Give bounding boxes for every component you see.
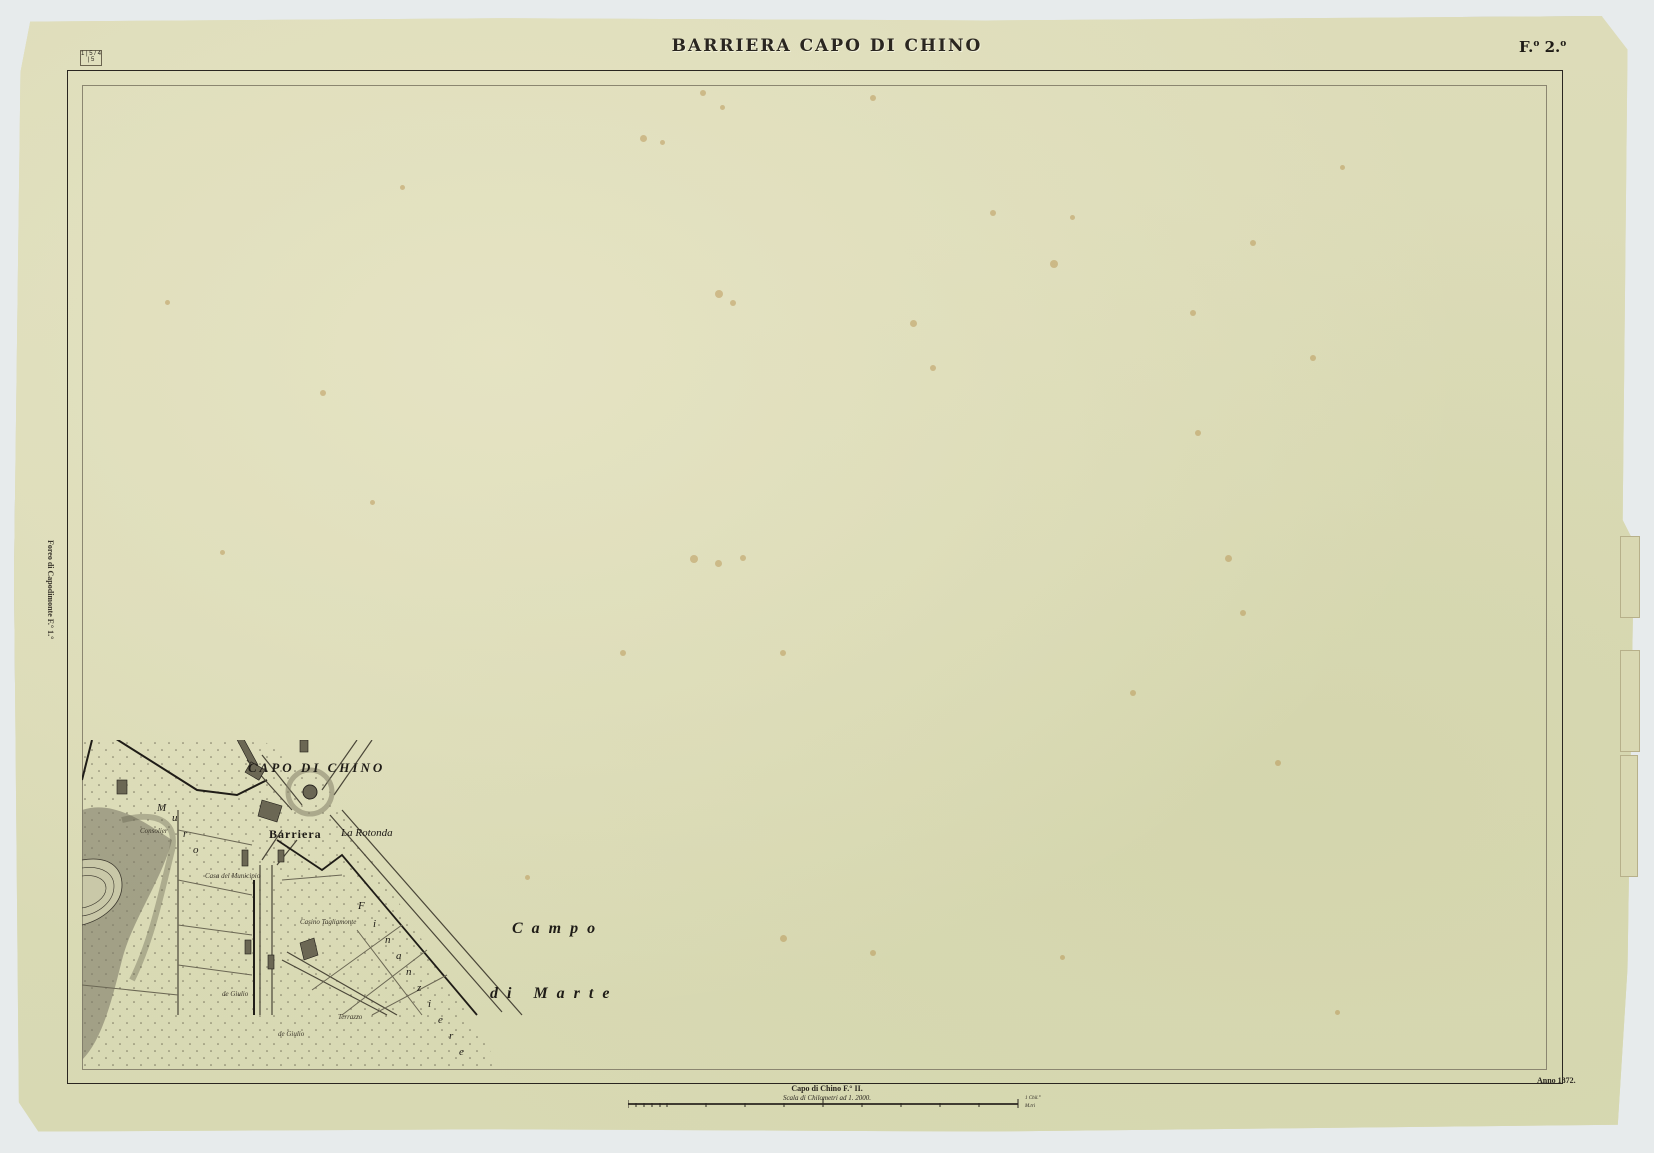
- map-drawing-capo-di-chino: [82, 740, 532, 1070]
- label-casino-tagliamonte: Casino Tagliamonte: [300, 918, 356, 926]
- torn-edge-tab: [1620, 650, 1640, 752]
- year-label: Anno 1872.: [1537, 1076, 1576, 1085]
- scale-unit-top: 1 Chil.°: [1025, 1096, 1041, 1101]
- label-capo-di-chino: CAPO DI CHINO: [248, 760, 385, 776]
- torn-edge-tab: [1620, 755, 1638, 877]
- label-consolier: Consolier: [140, 827, 168, 835]
- sheet-caption: Capo di Chino F.° II.: [0, 1084, 1654, 1093]
- label-campo: Campo: [512, 920, 604, 938]
- map-title: BARRIERA CAPO DI CHINO: [0, 36, 1654, 56]
- torn-edge-tab: [1620, 536, 1640, 618]
- label-terrazzo: Terrazzo: [338, 1013, 362, 1021]
- label-de-giulio-1: de Giulio: [222, 990, 248, 998]
- label-di-marte: di Marte: [490, 985, 618, 1003]
- label-casa-del-municipio: Casa del Municipio: [205, 872, 260, 880]
- adjacent-sheet-label: Foreo di Capodimonte F.° 1.°: [46, 540, 55, 639]
- grid-reference: 1 | 5 / 4 | 5: [80, 50, 102, 66]
- label-de-giulio-2: de Giulio: [278, 1030, 304, 1038]
- label-barriera: Barriera: [269, 827, 322, 842]
- label-la-rotonda: La Rotonda: [341, 827, 393, 839]
- scale-bar: [628, 1099, 1020, 1111]
- scale-unit-bottom: M.tri: [1025, 1104, 1035, 1109]
- sheet-number: F.o 2.o: [1519, 38, 1566, 56]
